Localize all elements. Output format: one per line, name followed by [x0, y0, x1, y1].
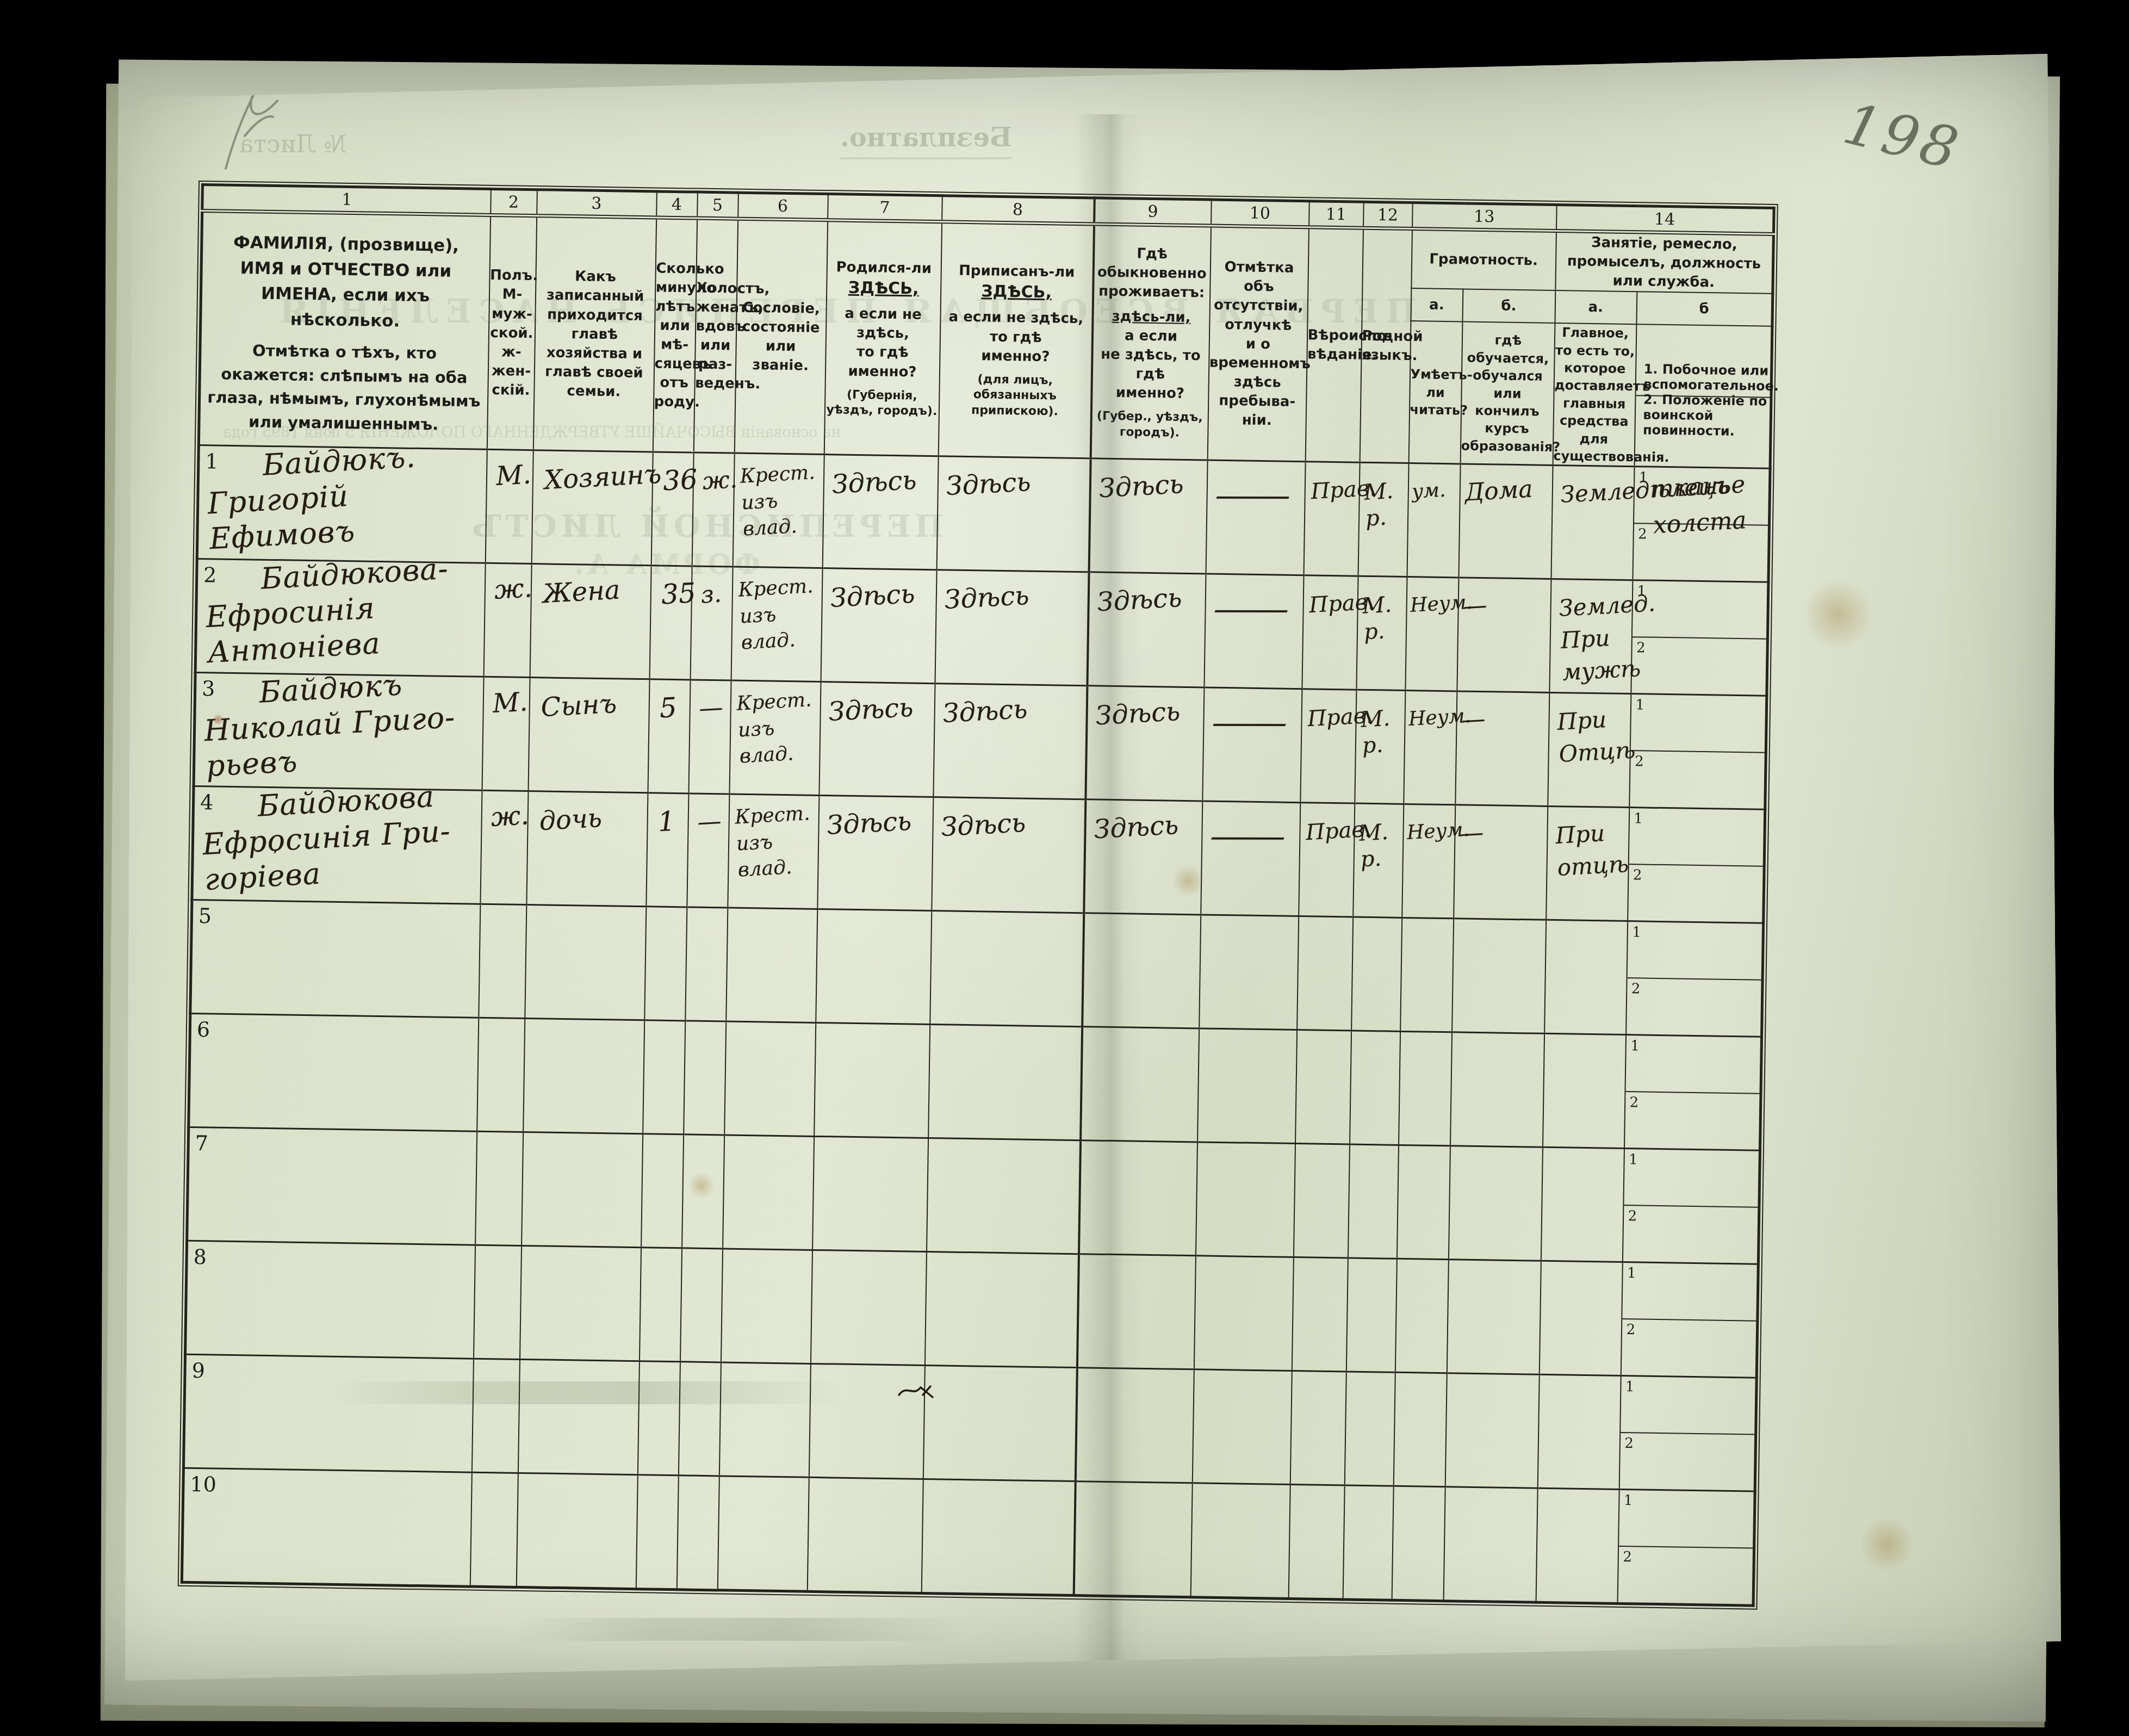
colnum-1: 1	[202, 185, 491, 215]
header-sex: Полъ. М-муж- ской. ж-жен- скій.	[487, 215, 536, 450]
cell-education: Дома	[1458, 464, 1553, 579]
header-can-read: Умѣетъ- ли читать?	[1408, 321, 1462, 464]
colnum-2: 2	[491, 189, 537, 215]
colnum-11: 11	[1309, 201, 1364, 228]
cell-education: —	[1455, 691, 1549, 806]
cell-age	[641, 1134, 684, 1248]
colnum-6: 6	[738, 193, 828, 220]
cell-occupation-main: При отцѣ	[1546, 807, 1629, 921]
cell-age	[637, 1361, 680, 1475]
cell-language	[1344, 1372, 1395, 1486]
cell-age	[644, 907, 687, 1021]
table-row: 8 1 2	[185, 1241, 1759, 1378]
cell-resides	[1077, 1254, 1195, 1369]
cell-resides	[1073, 1481, 1192, 1597]
cell-language	[1346, 1258, 1396, 1372]
colnum-10: 10	[1211, 200, 1309, 227]
cell-occupation-side: 1тканье холста 2	[1633, 467, 1770, 582]
header-born-here: Родился-ли ЗДѢСЬ, а если не здѣсь, то гд…	[824, 220, 941, 456]
cell-religion: Прав.	[1299, 803, 1355, 917]
cell-estate: Крест. изъ влад.	[729, 680, 821, 795]
cell-education: —	[1457, 578, 1551, 692]
cell-estate	[726, 908, 817, 1022]
cell-registered: Здѣсь	[933, 684, 1087, 799]
cell-occupation-side: 1 2	[1631, 580, 1768, 696]
header-marital: Холостъ, женатъ, вдовъ или раз- веденъ.	[693, 218, 737, 453]
cell-literate	[1400, 918, 1454, 1032]
cell-sex	[473, 1245, 521, 1360]
cell-absence	[1190, 1483, 1290, 1599]
cell-born: Здѣсь	[817, 796, 933, 911]
stray-ink-squiggle	[895, 1379, 938, 1404]
cell-sex	[475, 1132, 523, 1246]
header-relation: Какъ записанный приходится главѣ хозяйст…	[533, 216, 656, 452]
cell-born	[807, 1478, 923, 1594]
cell-estate: Крест. изъ влад.	[731, 567, 822, 681]
cell-sex: ж.	[480, 791, 528, 905]
table-row: 4Байдюкова Ефросинія Гри- горіева ж. доч…	[192, 786, 1765, 923]
cell-occupation-side: 1 2	[1621, 1262, 1758, 1378]
cell-literate: Неум.	[1402, 804, 1455, 919]
cell-literate	[1395, 1259, 1448, 1373]
cell-relation	[519, 1246, 641, 1361]
colnum-13: 13	[1412, 203, 1557, 231]
census-table: 1 2 3 4 5 6 7 8 9 10 11 12 13 14	[181, 183, 1776, 1607]
cell-sex: М.	[482, 677, 530, 791]
cell-registered	[923, 1366, 1077, 1481]
header-occupation-title: Занятіе, ремесло, промыселъ, должность и…	[1555, 231, 1774, 294]
cell-religion	[1290, 1371, 1346, 1485]
header-literacy-title: Грамотность.	[1411, 229, 1556, 291]
cell-absence	[1195, 1142, 1295, 1257]
paper-stain	[1803, 579, 1873, 650]
cell-language: М. р.	[1356, 576, 1407, 691]
cell-age	[643, 1020, 685, 1134]
cell-religion	[1292, 1257, 1348, 1372]
cell-occupation-side: 1 2	[1629, 694, 1767, 810]
cell-religion	[1288, 1485, 1344, 1599]
cell-religion	[1297, 916, 1353, 1031]
cell-born	[812, 1137, 928, 1252]
header-estate: Сословіе, состояніе или званіе.	[734, 219, 827, 455]
cell-marital: —	[687, 793, 729, 908]
cell-religion	[1293, 1144, 1349, 1258]
cell-occupation-main: Земледѣлецъ	[1551, 466, 1634, 580]
cell-absence: —	[1201, 801, 1300, 916]
cell-occupation-side: 1 2	[1626, 921, 1764, 1037]
cell-marital	[682, 1134, 724, 1249]
cell-estate	[717, 1476, 809, 1591]
cell-literate: ум.	[1407, 463, 1460, 578]
table-row: 6 1 2	[189, 1014, 1762, 1151]
cell-relation: Сынъ	[528, 678, 649, 793]
header-where-educated: гдѣ обучается, обучался или кончилъ курс…	[1460, 322, 1555, 466]
table-row: 7 1 2	[187, 1127, 1760, 1264]
cell-marital	[676, 1475, 719, 1590]
census-page: Безплатно. № Листа ПЕРВАЯ ВСЕОБЩАЯ ПЕРЕП…	[125, 49, 2061, 1687]
cell-absence: —	[1206, 460, 1305, 575]
cell-education	[1452, 919, 1546, 1033]
bleedthrough-smudge	[517, 1618, 963, 1641]
cell-literate	[1396, 1145, 1450, 1260]
cell-marital	[680, 1248, 722, 1362]
cell-absence	[1194, 1256, 1293, 1371]
cell-language	[1343, 1485, 1393, 1600]
cell-marital	[685, 907, 728, 1021]
page-number-pencil: 198	[1837, 90, 1967, 183]
colnum-5: 5	[697, 192, 738, 219]
colnum-4: 4	[656, 191, 698, 218]
cell-education: —	[1454, 805, 1548, 920]
cell-age	[639, 1248, 681, 1362]
header-age: Сколько минуло лѣтъ или мѣ- сяцевъ отъ р…	[653, 218, 697, 452]
cell-literate	[1393, 1373, 1447, 1487]
header-language: Родной языкъ.	[1360, 228, 1412, 463]
cell-born	[810, 1250, 926, 1366]
cell-registered: Здѣсь	[932, 797, 1085, 913]
colnum-14: 14	[1556, 204, 1774, 234]
cell-occupation-main	[1541, 1148, 1624, 1262]
cell-relation: Хозяинъ	[531, 450, 653, 566]
cell-registered: Здѣсь	[936, 456, 1090, 572]
colnum-7: 7	[828, 194, 942, 222]
cell-sex: М.	[485, 450, 533, 564]
cell-occupation-main	[1539, 1261, 1622, 1376]
cell-resides: Здѣсь	[1084, 799, 1202, 915]
cell-occupation-main: Землед. При мужѣ	[1549, 579, 1633, 694]
cell-absence	[1192, 1369, 1292, 1485]
cell-religion	[1295, 1030, 1351, 1144]
table-row: 5 1 2	[190, 900, 1764, 1037]
cell-language	[1350, 1031, 1400, 1145]
header-usual-residence: Гдѣ обыкновенно проживаетъ: здѣсь-ли, а …	[1090, 224, 1211, 461]
cell-relation	[518, 1360, 639, 1475]
colnum-9: 9	[1094, 198, 1212, 226]
header-13b-label: б.	[1462, 289, 1555, 324]
cell-occupation-side: 1 2	[1624, 1035, 1761, 1151]
cell-estate	[719, 1362, 810, 1477]
cell-relation	[522, 1132, 643, 1248]
cell-registered	[926, 1138, 1080, 1254]
cell-estate	[724, 1021, 816, 1136]
cell-absence: —	[1204, 574, 1304, 689]
cell-absence	[1199, 915, 1299, 1030]
cell-born: Здѣсь	[819, 682, 935, 797]
cell-relation	[516, 1473, 637, 1589]
cell-sex: ж.	[483, 563, 531, 678]
cell-age: 5	[648, 679, 690, 793]
cell-education	[1443, 1487, 1537, 1602]
cell-occupation-main: При Отцѣ	[1548, 693, 1631, 808]
cell-sex	[477, 1018, 525, 1132]
cell-estate	[723, 1135, 814, 1250]
cell-born	[816, 909, 932, 1025]
cell-relation: дочь	[526, 791, 648, 907]
colnum-8: 8	[942, 196, 1095, 224]
cell-occupation-side: 1 2	[1622, 1149, 1760, 1264]
cell-religion: Прав.	[1304, 462, 1360, 576]
cell-sex	[470, 1473, 518, 1588]
cell-occupation-main	[1542, 1034, 1625, 1149]
cell-born: Здѣсь	[821, 568, 936, 684]
cell-estate	[721, 1249, 812, 1363]
cell-occupation-side: 1 2	[1617, 1490, 1755, 1606]
cell-estate: Крест. изъ влад.	[733, 454, 824, 568]
cell-occupation-side: 1 2	[1619, 1376, 1756, 1492]
header-registered-here: Приписанъ-ли ЗДѢСЬ, а если не здѣсь, то …	[938, 222, 1094, 459]
cell-language: М. р.	[1358, 463, 1408, 577]
cell-sex	[471, 1359, 519, 1473]
cell-relation	[523, 1019, 644, 1134]
cell-marital: з.	[690, 566, 733, 680]
cell-relation: Жена	[530, 564, 651, 679]
colnum-12: 12	[1363, 202, 1413, 228]
census-table-area: 1 2 3 4 5 6 7 8 9 10 11 12 13 14	[181, 183, 1776, 1607]
bleedthrough-free-stamp: Безплатно.	[840, 122, 1012, 159]
cell-marital	[684, 1021, 726, 1135]
cell-born: Здѣсь	[822, 455, 938, 570]
cell-language: М. р.	[1353, 803, 1404, 917]
cell-education	[1448, 1146, 1542, 1261]
cell-registered	[921, 1479, 1075, 1596]
stray-ink-mark: ‘‚	[268, 836, 278, 855]
header-occupation-side: 1. Побочное или вспомогательное. 2. Поло…	[1634, 324, 1772, 468]
table-row: 9 1 2	[183, 1355, 1756, 1492]
cell-occupation-main	[1536, 1489, 1619, 1604]
header-occupation-main: Главное, то есть то, которое доставляетъ…	[1553, 323, 1636, 467]
cell-marital: —	[688, 680, 731, 794]
cell-born	[814, 1023, 930, 1138]
cell-estate: Крест. изъ влад.	[728, 794, 819, 909]
header-13a-label: а.	[1411, 288, 1463, 321]
cell-resides	[1078, 1140, 1197, 1256]
photo-scene: Безплатно. № Листа ПЕРВАЯ ВСЕОБЩАЯ ПЕРЕП…	[0, 0, 2129, 1736]
cell-sex	[479, 904, 526, 1019]
cell-relation	[525, 905, 646, 1020]
cell-language	[1351, 917, 1402, 1031]
cell-occupation-side: 1 2	[1628, 808, 1765, 923]
cell-registered	[930, 911, 1084, 1027]
cell-resides: Здѣсь	[1089, 458, 1207, 574]
cell-age: 35	[649, 566, 692, 680]
cell-resides	[1082, 913, 1201, 1028]
header-occupation-military: 2. Положеніе по воинской повинности.	[1635, 396, 1770, 435]
cell-literate	[1399, 1032, 1452, 1146]
cell-religion: Прав.	[1300, 689, 1356, 803]
cell-registered	[924, 1252, 1078, 1368]
cell-literate: Неум.	[1405, 577, 1458, 691]
cell-religion: Прав.	[1302, 575, 1358, 690]
cell-resides: Здѣсь	[1087, 572, 1206, 687]
cell-marital	[678, 1362, 721, 1476]
header-14b-label: б	[1636, 292, 1773, 326]
cell-literate	[1392, 1486, 1445, 1601]
cell-marital: ж.	[692, 452, 734, 567]
cell-language: М. р.	[1355, 690, 1405, 804]
cell-absence: —	[1202, 687, 1302, 803]
cell-occupation-main	[1537, 1375, 1621, 1490]
cell-registered	[928, 1025, 1082, 1140]
table-row: 10 1 2	[182, 1468, 1755, 1606]
cell-education	[1450, 1032, 1544, 1147]
cell-age	[636, 1475, 678, 1590]
cell-education	[1447, 1260, 1541, 1374]
cell-resides	[1081, 1027, 1199, 1142]
cell-absence	[1197, 1028, 1297, 1144]
cell-age: 1	[646, 793, 688, 907]
cell-occupation-main	[1544, 920, 1628, 1035]
cell-age: 36	[651, 452, 693, 566]
cell-resides	[1075, 1368, 1194, 1483]
cell-language	[1348, 1144, 1398, 1258]
cell-education	[1445, 1373, 1539, 1488]
colnum-3: 3	[537, 190, 657, 218]
header-religion: Вѣроиспо- вѣданіе.	[1305, 227, 1363, 463]
header-14a-label: а.	[1555, 290, 1637, 324]
cell-registered: Здѣсь	[935, 570, 1089, 686]
cell-resides: Здѣсь	[1085, 686, 1204, 801]
header-absence-note: Отмѣтка объ отсутствіи, отлучкѣ и о врем…	[1207, 226, 1308, 462]
cell-name: 10	[182, 1468, 471, 1587]
paper-stain	[1860, 1517, 1914, 1572]
cell-literate: Неум.	[1404, 691, 1457, 805]
header-name: ФАМИЛІЯ, (прозвище), ИМЯ и ОТЧЕСТВО или …	[198, 211, 490, 450]
